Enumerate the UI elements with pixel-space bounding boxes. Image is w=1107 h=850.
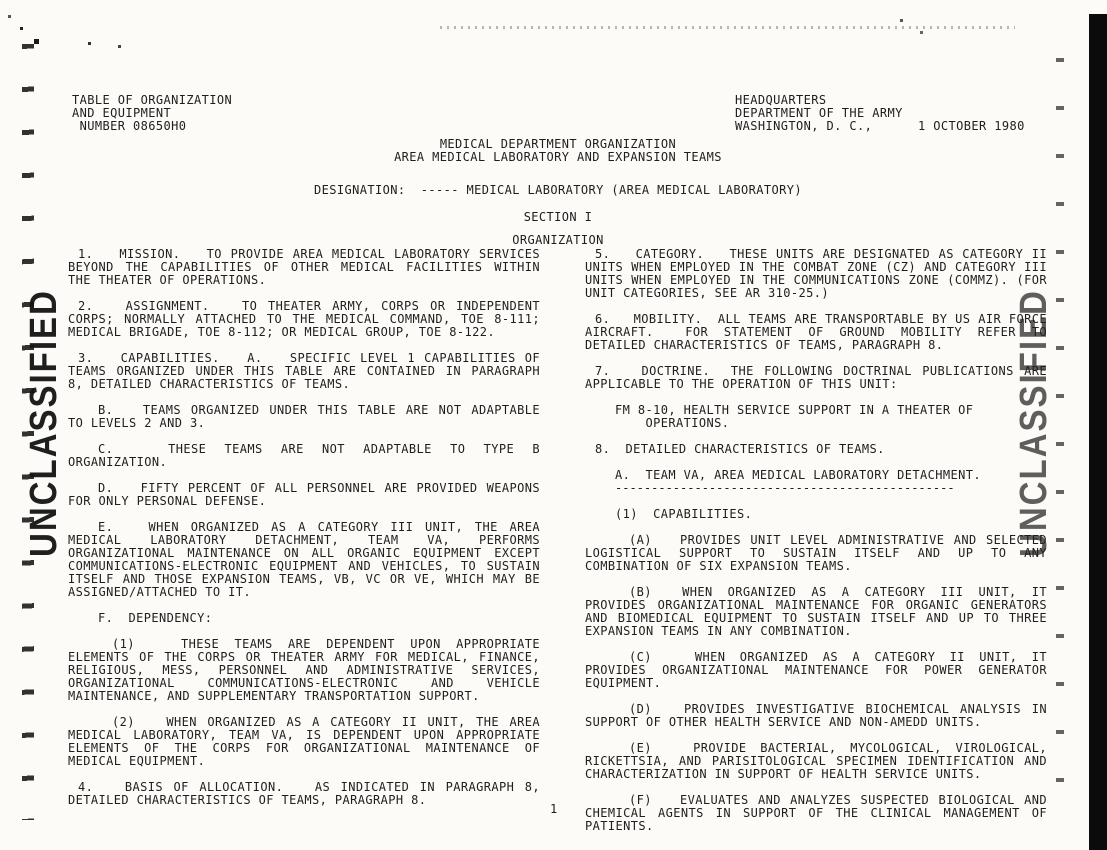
paragraph-assignment: 2. ASSIGNMENT. TO THEATER ARMY, CORPS OR… bbox=[68, 300, 540, 339]
paragraph-cap-e: E. WHEN ORGANIZED AS A CATEGORY III UNIT… bbox=[68, 521, 540, 599]
paragraph-detailed-characteristics: 8. DETAILED CHARACTERISTICS OF TEAMS. bbox=[585, 443, 1047, 456]
scan-noise-line bbox=[440, 26, 1015, 29]
toe-header-block: TABLE OF ORGANIZATION AND EQUIPMENT NUMB… bbox=[72, 94, 232, 133]
page-number: 1 bbox=[550, 803, 558, 816]
paragraph-cap-e2: (E) PROVIDE BACTERIAL, MYCOLOGICAL, VIRO… bbox=[585, 742, 1047, 781]
section-heading: ORGANIZATION bbox=[68, 234, 1048, 247]
team-va-underline: ----------------------------------------… bbox=[615, 482, 1047, 495]
paragraph-capabilities: 3. CAPABILITIES. A. SPECIFIC LEVEL 1 CAP… bbox=[68, 352, 540, 391]
doc-title-line2: AREA MEDICAL LABORATORY AND EXPANSION TE… bbox=[68, 151, 1048, 164]
paragraph-mobility: 6. MOBILITY. ALL TEAMS ARE TRANSPORTABLE… bbox=[585, 313, 1047, 352]
paragraph-dependency-2: (2) WHEN ORGANIZED AS A CATEGORY II UNIT… bbox=[68, 716, 540, 768]
paragraph-cap-b2: (B) WHEN ORGANIZED AS A CATEGORY III UNI… bbox=[585, 586, 1047, 638]
paragraph-team-va-heading: A. TEAM VA, AREA MEDICAL LABORATORY DETA… bbox=[585, 469, 1047, 482]
scan-edge-band bbox=[1089, 14, 1107, 850]
hq-header-block: HEADQUARTERS DEPARTMENT OF THE ARMY WASH… bbox=[735, 94, 1025, 133]
paragraph-cap-c: C. THESE TEAMS ARE NOT ADAPTABLE TO TYPE… bbox=[68, 443, 540, 469]
paragraph-fm-reference: FM 8-10, HEALTH SERVICE SUPPORT IN A THE… bbox=[615, 404, 1047, 430]
paragraph-cap-d2: (D) PROVIDES INVESTIGATIVE BIOCHEMICAL A… bbox=[585, 703, 1047, 729]
paragraph-cap-a2: (A) PROVIDES UNIT LEVEL ADMINISTRATIVE A… bbox=[585, 534, 1047, 573]
scan-specks bbox=[20, 27, 23, 30]
paragraph-cap-f2: (F) EVALUATES AND ANALYZES SUSPECTED BIO… bbox=[585, 794, 1047, 833]
paragraph-basis-of-allocation: 4. BASIS OF ALLOCATION. AS INDICATED IN … bbox=[68, 781, 540, 807]
section-label: SECTION I bbox=[68, 211, 1048, 224]
hq-header-date-line: WASHINGTON, D. C., 1 OCTOBER 1980 bbox=[735, 120, 1025, 133]
right-column: 5. CATEGORY. THESE UNITS ARE DESIGNATED … bbox=[585, 248, 1047, 846]
paragraph-cap-c2: (C) WHEN ORGANIZED AS A CATEGORY II UNIT… bbox=[585, 651, 1047, 690]
paragraph-capabilities-heading: (1) CAPABILITIES. bbox=[585, 508, 1047, 521]
paragraph-category: 5. CATEGORY. THESE UNITS ARE DESIGNATED … bbox=[585, 248, 1047, 300]
scanned-document-page: UNCLASSIFIED UNCLASSIFIED TABLE OF ORGAN… bbox=[0, 0, 1107, 850]
paragraph-mission: 1. MISSION. TO PROVIDE AREA MEDICAL LABO… bbox=[68, 248, 540, 287]
paragraph-cap-b: B. TEAMS ORGANIZED UNDER THIS TABLE ARE … bbox=[68, 404, 540, 430]
toe-number: NUMBER 08650H0 bbox=[72, 120, 232, 133]
designation-line: DESIGNATION: ----- MEDICAL LABORATORY (A… bbox=[68, 184, 1048, 197]
paragraph-doctrine: 7. DOCTRINE. THE FOLLOWING DOCTRINAL PUB… bbox=[585, 365, 1047, 391]
left-column: 1. MISSION. TO PROVIDE AREA MEDICAL LABO… bbox=[68, 248, 540, 820]
paragraph-dependency-1: (1) THESE TEAMS ARE DEPENDENT UPON APPRO… bbox=[68, 638, 540, 703]
paragraph-cap-d: D. FIFTY PERCENT OF ALL PERSONNEL ARE PR… bbox=[68, 482, 540, 508]
paragraph-dependency: F. DEPENDENCY: bbox=[68, 612, 540, 625]
